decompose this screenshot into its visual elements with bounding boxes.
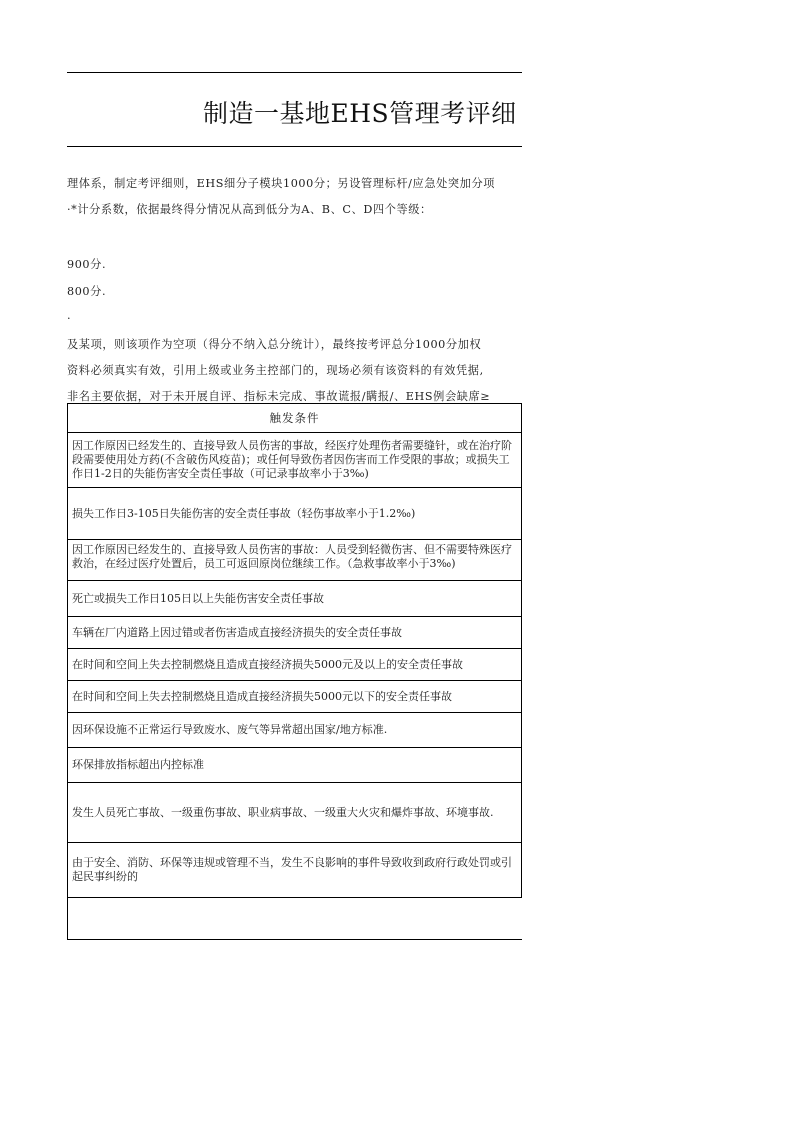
paragraph-6: 及某项，则该项作为空项（得分不纳入总分统计），最终按考评总分1000分加权 <box>67 336 481 352</box>
table-row: 在时间和空间上失去控制燃烧且造成直接经济损失5000元以下的安全责任事故 <box>68 681 522 713</box>
table-row: 因工作原因已经发生的、直接导致人员伤害的事故：人员受到轻微伤害、但不需要特殊医疗… <box>68 540 522 581</box>
table-header: 触发条件 <box>68 404 522 433</box>
document-title: 制造一基地EHS管理考评细 <box>203 94 517 130</box>
table-row: 由于安全、消防、环保等违规或管理不当，发生不良影响的事件导致收到政府行政处罚或引… <box>68 843 522 898</box>
paragraph-5: . <box>67 309 71 322</box>
table-row: 发生人员死亡事故、一级重伤事故、职业病事故、一级重大火灾和爆炸事故、环境事故. <box>68 783 522 843</box>
paragraph-2: ·*计分系数，依据最终得分情况从高到低分为A、B、C、D四个等级： <box>67 201 432 217</box>
paragraph-4: 800分. <box>67 283 106 299</box>
table-row-empty <box>68 898 522 940</box>
trigger-conditions-table: 触发条件 因工作原因已经发生的、直接导致人员伤害的事故，经医疗处理伤者需要缝针，… <box>67 403 522 940</box>
table-row: 环保排放指标超出内控标准 <box>68 748 522 783</box>
table-row: 在时间和空间上失去控制燃烧且造成直接经济损失5000元及以上的安全责任事故 <box>68 649 522 681</box>
table-row: 车辆在厂内道路上因过错或者伤害造成直接经济损失的安全责任事故 <box>68 617 522 649</box>
paragraph-7: 资料必须真实有效，引用上级或业务主控部门的，现场必须有该资料的有效凭据, <box>67 362 484 378</box>
paragraph-1: 理体系，制定考评细则，EHS细分子模块1000分；另设管理标杆/应急处突加分项 <box>67 175 495 191</box>
paragraph-3: 900分. <box>67 256 106 272</box>
paragraph-8: 非名主要依据，对于未开展自评、指标未完成、事故谎报/瞒报/、EHS例会缺席≥ <box>67 388 490 404</box>
document-page: 制造一基地EHS管理考评细 理体系，制定考评细则，EHS细分子模块1000分；另… <box>67 0 522 1122</box>
table-row: 死亡或损失工作日105日以上失能伤害安全责任事故 <box>68 581 522 617</box>
table-row: 因环保设施不正常运行导致废水、废气等异常超出国家/地方标准. <box>68 713 522 748</box>
title-rule <box>67 146 522 147</box>
top-rule <box>67 72 522 73</box>
table-row: 因工作原因已经发生的、直接导致人员伤害的事故，经医疗处理伤者需要缝针，或在治疗阶… <box>68 433 522 488</box>
table-row: 损失工作日3-105日失能伤害的安全责任事故（轻伤事故率小于1.2‰) <box>68 488 522 540</box>
